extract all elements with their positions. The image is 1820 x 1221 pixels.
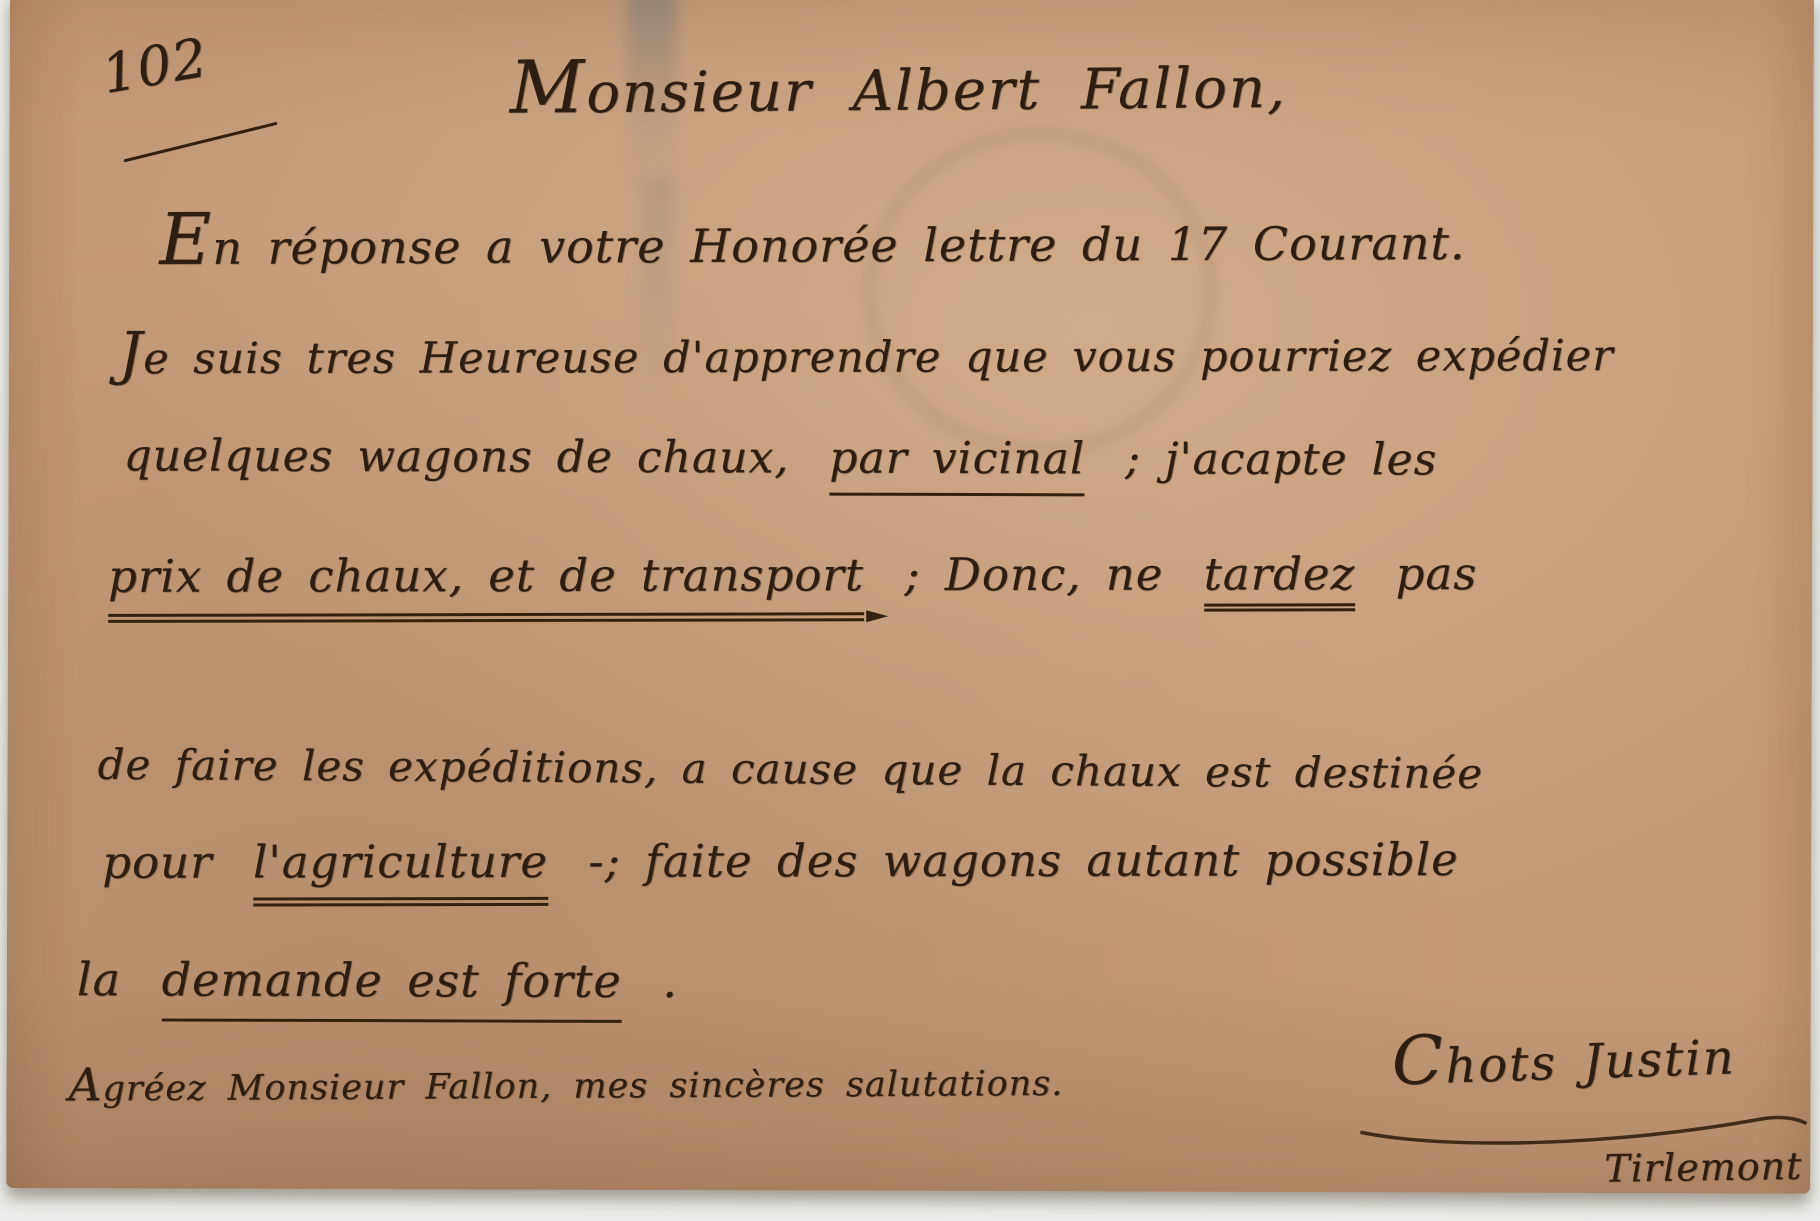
closing-line: Agréez Monsieur Fallon, mes sincères sal… xyxy=(68,1053,1063,1112)
body-line-6: pour l'agriculture -; faite des wagons a… xyxy=(102,833,1459,907)
body-line-3-text-end: ; j'acapte les xyxy=(1125,434,1437,486)
body-line-4-text-end: pas xyxy=(1395,547,1477,600)
underlined-par-vicinal: par vicinal xyxy=(829,433,1085,497)
body-line-7: la demande est forte . xyxy=(77,952,678,1023)
underlined-tardez: tardez xyxy=(1204,547,1356,611)
body-line-4: prix de chaux, et de transport ; Donc, n… xyxy=(108,547,1477,623)
underlined-agriculture: l'agriculture xyxy=(253,835,548,907)
body-line-2: Je suis tres Heureuse d'apprendre que vo… xyxy=(119,316,1614,387)
body-line-3: quelques wagons de chaux, par vicinal ; … xyxy=(123,430,1437,497)
body-line-7-text-end: . xyxy=(662,954,678,1008)
body-line-3-text: quelques wagons de chaux, xyxy=(123,430,789,483)
underlined-demande-forte: demande est forte xyxy=(162,952,622,1022)
document-number-underline xyxy=(123,122,277,163)
body-line-4-text: ; Donc, ne xyxy=(904,548,1163,602)
body-line-1: En réponse a votre Honorée lettre du 17 … xyxy=(159,193,1466,281)
body-line-5: de faire les expéditions, a cause que la… xyxy=(97,740,1483,798)
signature-name: Chots Justin xyxy=(1391,1011,1737,1100)
underlined-prix-transport: prix de chaux, et de transport xyxy=(108,548,864,623)
salutation-line: Monsieur Albert Fallon, xyxy=(509,40,1287,131)
signature-place: Tirlemont xyxy=(1604,1144,1803,1191)
postcard: 102 Monsieur Albert Fallon, En réponse a… xyxy=(6,0,1814,1194)
document-number: 102 xyxy=(97,26,212,106)
postmark-ghost-circle xyxy=(864,128,1217,456)
body-line-6-text: pour xyxy=(102,836,213,889)
body-line-6-text-end: -; faite des wagons autant possible xyxy=(588,833,1459,888)
body-line-7-text: la xyxy=(77,952,121,1006)
